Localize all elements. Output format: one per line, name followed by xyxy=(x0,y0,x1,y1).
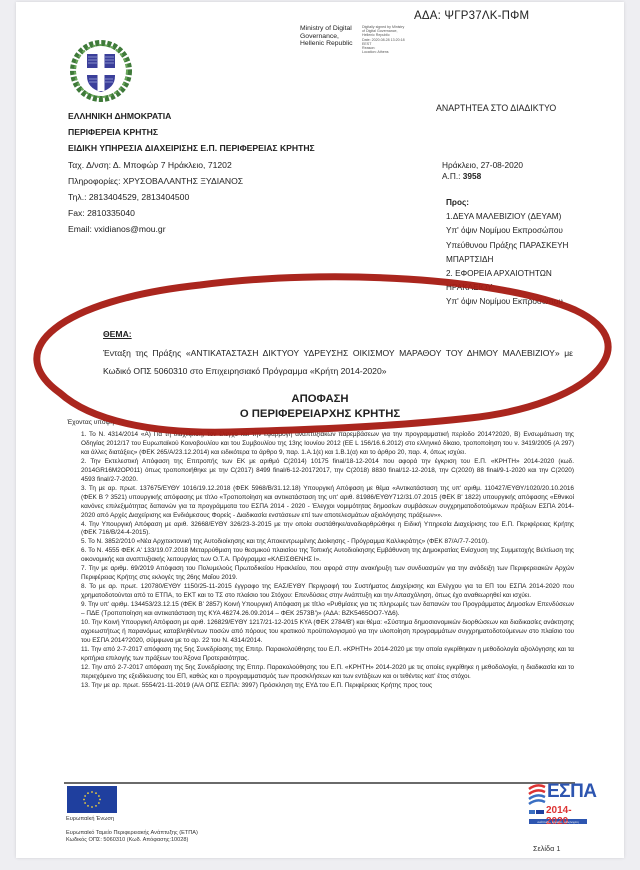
recipient-line: Υπ' όψιν Νομίμου Εκπροσώπου xyxy=(446,224,626,238)
consideration-item: 3. Τη με αρ. πρωτ. 137675/ΕΥΘΥ 1016/19.1… xyxy=(81,485,574,521)
protocol-label: Α.Π.: xyxy=(442,171,460,181)
sender-country: ΕΛΛΗΝΙΚΗ ΔΗΜΟΚΡΑΤΙΑ xyxy=(68,108,368,124)
recipients-heading: Προς: xyxy=(446,196,626,210)
consideration-item: 6. Το Ν. 4555 ΦΕΚ Α' 133/19.07.2018 Μετα… xyxy=(81,547,574,565)
considerations-list: 1. Το Ν. 4314/2014 «Α) Για τη διαχείριση… xyxy=(81,431,574,691)
consideration-item: 4. Την Υπουργική Απόφαση με αριθ. 32668/… xyxy=(81,521,574,539)
decision-title: ΑΠΟΦΑΣΗ xyxy=(0,392,640,407)
greek-coat-of-arms-icon xyxy=(70,40,132,102)
consideration-item: 7. Την με αριθμ. 69/2019 Απόφαση του Πολ… xyxy=(81,565,574,583)
recipient-line: ΜΠΑΡΤΣΙΔΗ xyxy=(446,253,626,267)
espa-logo-tagline: ανάπτυξη - εργασία - αλληλεγγύη xyxy=(531,820,585,824)
recipient-line: Υπ' όψιν Νομίμου Εκπροσώπου xyxy=(446,295,626,309)
consideration-item: 1. Το Ν. 4314/2014 «Α) Για τη διαχείριση… xyxy=(81,431,574,458)
posting-note: ΑΝΑΡΤΗΤΕΑ ΣΤΟ ΔΙΑΔΙΚΤΥΟ xyxy=(436,103,556,113)
place-and-protocol: Ηράκλειο, 27-08-2020 Α.Π.: 3958 xyxy=(442,160,523,181)
sender-phone: Τηλ.: 2813404529, 2813404500 xyxy=(68,189,368,205)
consideration-item: 10. Την Κοινή Υπουργική Απόφαση με αριθ.… xyxy=(81,619,574,646)
sender-block: ΕΛΛΗΝΙΚΗ ΔΗΜΟΚΡΑΤΙΑ ΠΕΡΙΦΕΡΕΙΑ ΚΡΗΤΗΣ ΕΙ… xyxy=(68,108,368,238)
espa-logo-text: ΕΣΠΑ xyxy=(547,781,597,803)
signature-details: Digitally signed by Ministry of Digital … xyxy=(362,25,432,54)
ada-code: ΑΔΑ: ΨΓΡ37ΛΚ-ΠΦΜ xyxy=(414,10,529,22)
signature-detail-line: Location: Athens xyxy=(362,50,432,54)
sender-service: ΕΙΔΙΚΗ ΥΠΗΡΕΣΙΑ ΔΙΑΧΕΙΡΙΣΗΣ Ε.Π. ΠΕΡΙΦΕΡ… xyxy=(68,140,368,156)
consideration-item: 12. Την από 2-7-2017 απόφαση της 5ης Συν… xyxy=(81,664,574,682)
place-date: Ηράκλειο, 27-08-2020 xyxy=(442,160,523,171)
consideration-item: 11. Την από 2-7-2017 απόφαση της 5ης Συν… xyxy=(81,646,574,664)
sender-fax: Fax: 2810335040 xyxy=(68,205,368,221)
footer-area xyxy=(64,780,584,856)
consideration-item: 8. Το με αρ. πρωτ. 120780/ΕΥΘΥ 1150/25-1… xyxy=(81,583,574,601)
footer-fund: Ευρωπαϊκό Ταμείο Περιφερειακής Ανάπτυξης… xyxy=(66,830,198,837)
footer-fund-info: Ευρωπαϊκό Ταμείο Περιφερειακής Ανάπτυξης… xyxy=(66,830,198,844)
protocol: Α.Π.: 3958 xyxy=(442,171,523,182)
consideration-item: 13. Την με αρ. πρωτ. 5554/21-11-2019 (Α/… xyxy=(81,682,574,691)
sender-email: Email: vxidianos@mou.gr xyxy=(68,221,368,237)
signature-issuer: Ministry of Digital Governance, Hellenic… xyxy=(300,25,370,48)
having-regard-label: Έχοντας υπόψη: xyxy=(67,419,116,426)
consideration-item: 2. Την Εκτελεστική Απόφαση της Επιτροπής… xyxy=(81,458,574,485)
subject-text: Ένταξη της Πράξης «ΑΝΤΙΚΑΤΑΣΤΑΣΗ ΔΙΚΤΥΟΥ… xyxy=(103,344,573,381)
consideration-item: 9. Την υπ' αριθμ. 134453/23.12.15 (ΦΕΚ Β… xyxy=(81,601,574,619)
signature-issuer-line: Governance, xyxy=(300,33,370,41)
eu-flag-icon xyxy=(67,786,117,813)
sender-address: Ταχ. Δ/νση: Δ. Μποφώρ 7 Ηράκλειο, 71202 xyxy=(68,157,368,173)
signature-issuer-line: Hellenic Republic xyxy=(300,40,370,48)
footer-code: Κωδικός ΟΠΣ: 5060310 (Κωδ. Απόφασης:1002… xyxy=(66,837,198,844)
protocol-number: 3958 xyxy=(463,171,481,181)
signature-issuer-line: Ministry of Digital xyxy=(300,25,370,33)
recipients-block: Προς: 1.ΔΕΥΑ ΜΑΛΕΒΙΖΙΟΥ (ΔΕΥΑΜ) Υπ' όψιν… xyxy=(446,196,626,310)
espa-logo: ΕΣΠΑ 2014-2020 ανάπτυξη - εργασία - αλλη… xyxy=(527,783,589,827)
footer-divider xyxy=(64,782,575,784)
sender-info: Πληροφορίες: ΧΡΥΣΟΒΑΛΑΝΤΗΣ ΞΥΔΙΑΝΟΣ xyxy=(68,173,368,189)
recipient-line: 2. ΕΦΟΡΕΙΑ ΑΡΧΑΙΟΤΗΤΩΝ xyxy=(446,267,626,281)
recipient-line: 1.ΔΕΥΑ ΜΑΛΕΒΙΖΙΟΥ (ΔΕΥΑΜ) xyxy=(446,210,626,224)
page-number: Σελίδα 1 xyxy=(533,844,560,853)
eu-label: Ευρωπαϊκή Ένωση xyxy=(66,816,114,822)
subject-block: ΘΕΜΑ: Ένταξη της Πράξης «ΑΝΤΙΚΑΤΑΣΤΑΣΗ Δ… xyxy=(103,325,573,381)
subject-label: ΘΕΜΑ: xyxy=(103,325,573,344)
decision-heading: ΑΠΟΦΑΣΗ Ο ΠΕΡΙΦΕΡΕΙΑΡΧΗΣ ΚΡΗΤΗΣ xyxy=(0,392,640,421)
recipient-line: ΗΡΑΚΛΕΙΟΥ xyxy=(446,281,626,295)
recipient-line: Υπεύθυνου Πράξης ΠΑΡΑΣΚΕΥΗ xyxy=(446,239,626,253)
sender-region: ΠΕΡΙΦΕΡΕΙΑ ΚΡΗΤΗΣ xyxy=(68,124,368,140)
